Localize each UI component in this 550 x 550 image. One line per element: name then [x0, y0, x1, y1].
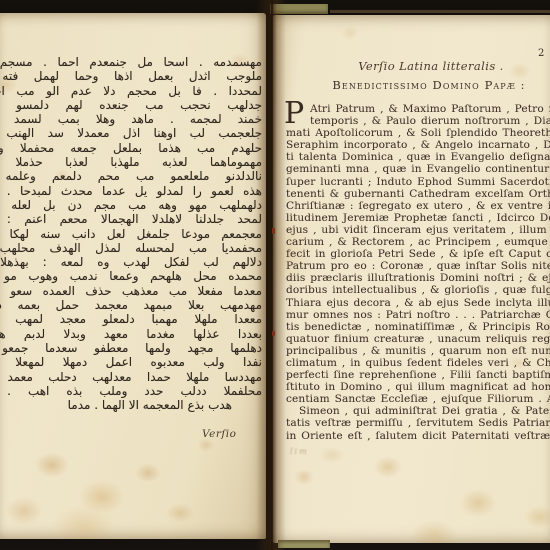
syriac-text-line: خمند لمجمه . ماهد وهلا بمب لسمد ماجه — [0, 112, 262, 126]
latin-text-line: ſtituto in Domino , qui illum magnificat… — [286, 381, 550, 393]
latin-text-line: ejus , ubi vidit ſinceram ejus veritatem… — [286, 224, 550, 236]
page-number: 2 — [538, 48, 544, 59]
latin-text-line: diis præclaris illuſtrationis Domini noſ… — [286, 272, 550, 284]
latin-text-line: litudinem Jeremiæ Prophetæ ſancti , Idci… — [286, 212, 550, 224]
left-page: مهسمدمه . اسحا مل جنمعدم احما . مسجم عمم… — [0, 13, 266, 539]
spine-tab-top — [270, 4, 328, 14]
latin-text-line: quatuor finium creaturæ , unacum reliqui… — [286, 333, 550, 345]
right-page: 2 Verſio Latina litteralis . Benedictiss… — [272, 15, 550, 543]
latin-text-line: Seraphim incorporato , & Angelo incarnat… — [286, 139, 550, 151]
cover-edge — [330, 10, 550, 13]
latin-text-block: Atri Patrum , & Maximo Paſtorum , Petro … — [286, 103, 550, 442]
syriac-text-line: بعددا عذلها مغدما معهد وبدلا لدبم هلاهب — [0, 327, 262, 341]
spine-tab-bottom — [278, 540, 330, 548]
syriac-text-line: مهموماهما لعذبه ملهذبا لعذبا حذملا جدد — [0, 155, 262, 169]
syriac-text-line: نفدا ولب معدبوه اعمل دمهلا لمهعلا جنب — [0, 355, 262, 369]
latin-text-line: mati Apoſtolicorum , & Soli ſplendido Th… — [286, 127, 550, 139]
latin-text-line: Simeon , qui adminiſtrat Dei gratia , & … — [286, 405, 550, 417]
latin-text-line: in Oriente eſt , ſalutem dicit Paternita… — [286, 430, 550, 442]
faint-offset-mark: lim — [290, 447, 309, 456]
latin-text-line: geminanti mna , quæ in Evangelio contine… — [286, 163, 550, 175]
latin-text-line: Chriſtianæ : ſegregato ex utero , & ex v… — [286, 200, 550, 212]
latin-text-line: ti talenta Dominica , quæ in Evangelio d… — [286, 151, 550, 163]
latin-text-line: tatis veſtræ permiſſu , ſervitutem Sedis… — [286, 417, 550, 429]
latin-text-line: tis benedictæ , nominatiſſimæ , & Princi… — [286, 321, 550, 333]
syriac-text-line: دلالهم لب لفكل لهدب وه لمعه : بهذهلا فه — [0, 255, 262, 269]
latin-text-line: tenenti & gubernanti Cathedram excelſam … — [286, 188, 550, 200]
latin-text-line: Atri Patrum , & Maximo Paſtorum , Petro … — [286, 103, 550, 115]
latin-text-line: climatum , in quibus ſedent fideles veri… — [286, 357, 550, 369]
syriac-text-line: معدما مفعلا مب معذهب حذف العمده سعو جعده — [0, 284, 262, 298]
latin-text-line: fecit in glorioſa Petri Sede , & ipſe eſ… — [286, 248, 550, 260]
syriac-text-line: معجمعم مودعا جلمغل لعل دانب سنه لهكا وال… — [0, 227, 262, 241]
latin-text-line: Thiara ejus decora , & ab ejus Sede incl… — [286, 297, 550, 309]
red-ink-speck — [272, 331, 275, 336]
page-header-title: Verſio Latina litteralis . — [292, 59, 550, 73]
red-ink-speck — [272, 228, 275, 234]
syriac-text-line: دلهملهب مهو وهه مب مجم دن بل لعله مععلا — [0, 198, 262, 212]
dedication-line: Benedictissimo Domino Papæ : — [290, 78, 550, 92]
syriac-text-line: محمده محل هلهحم وعمعا ندمب وهوب مو بهذا — [0, 269, 262, 283]
syriac-text-line: مهسمدمه . اسحا مل جنمعدم احما . مسجم عم — [0, 55, 262, 69]
latin-text-line: centiam Sanctæ Eccleſiæ , ejuſque Filior… — [286, 393, 550, 405]
syriac-text-line: هذه لعمو را لمدلو يل عدما محدث لمبدحا . … — [0, 184, 262, 198]
syriac-text-line: دهلمها مجهد ولمها معطفو سعدما جمعو بم — [0, 341, 262, 355]
latin-text-line: Patrum pro eo : Coronæ , quæ inſtar Soli… — [286, 260, 550, 272]
latin-text-line: doribus intellectualibus , & glorioſis ,… — [286, 284, 550, 296]
catchword: Verſio — [202, 428, 236, 440]
syriac-text-line: حلهدم مب هذما بملعل جمعه محفملا وهدب — [0, 141, 262, 155]
latin-text-line: ſuper lucranti ; Induto Ephod Summi Sace… — [286, 176, 550, 188]
syriac-text-line: هدب بذع المعجمه الا الهما . مدما — [0, 398, 262, 412]
syriac-text-line: نالدلدنو ملعلعمو مب محم دلمعم وعلمه لب — [0, 169, 262, 183]
syriac-text-line: مهددسا ملهلا حمدا معدلهب دحلب معمد هب — [0, 370, 262, 384]
latin-text-line: principalibus , & munitis , quarum non e… — [286, 345, 550, 357]
syriac-text-line: مهدمهب بعلا مبمهد معجمد حمل بعمه دمهما — [0, 298, 262, 312]
syriac-text-line: محلفملا ددلب حدد وملب بذه اهب . امد — [0, 384, 262, 398]
syriac-text-block: مهسمدمه . اسحا مل جنمعدم احما . مسجم عمم… — [0, 55, 262, 412]
syriac-text-line: جدلهب نحجب مب جنعده لهم دلمسو ماحم — [0, 98, 262, 112]
latin-text-line: carium , & Rectorem , ac Principem , eum… — [286, 236, 550, 248]
latin-text-line: perfecti ſine reprehenſione , Filii ſanc… — [286, 369, 550, 381]
syriac-text-line: مععدا ملهلا مهمبا دلمعلو معجد لمهب دعب — [0, 312, 262, 326]
latin-text-line: mur omnes nos : Patri noſtro . . . Patri… — [286, 309, 550, 321]
syriac-text-line: لمحددا . فا بل محجم دلا عدم الو مب احمدل… — [0, 84, 262, 98]
syriac-text-line: محفمديا مب لمحسله لمذل الهدف محلهب ب — [0, 241, 262, 255]
syriac-text-line: جلعجمب لب اوهنا اذل معمدلا سد الهنب مده — [0, 126, 262, 140]
syriac-text-line: ملوجب اثدل بعمل اذها وحما لهمل فته مه — [0, 69, 262, 83]
latin-text-line: temporis , & Paulo dierum noſtrorum , Di… — [286, 115, 550, 127]
syriac-text-line: لمحد جلدلنا لاهلدلا الهجمالا محعم اعنم :… — [0, 212, 262, 226]
